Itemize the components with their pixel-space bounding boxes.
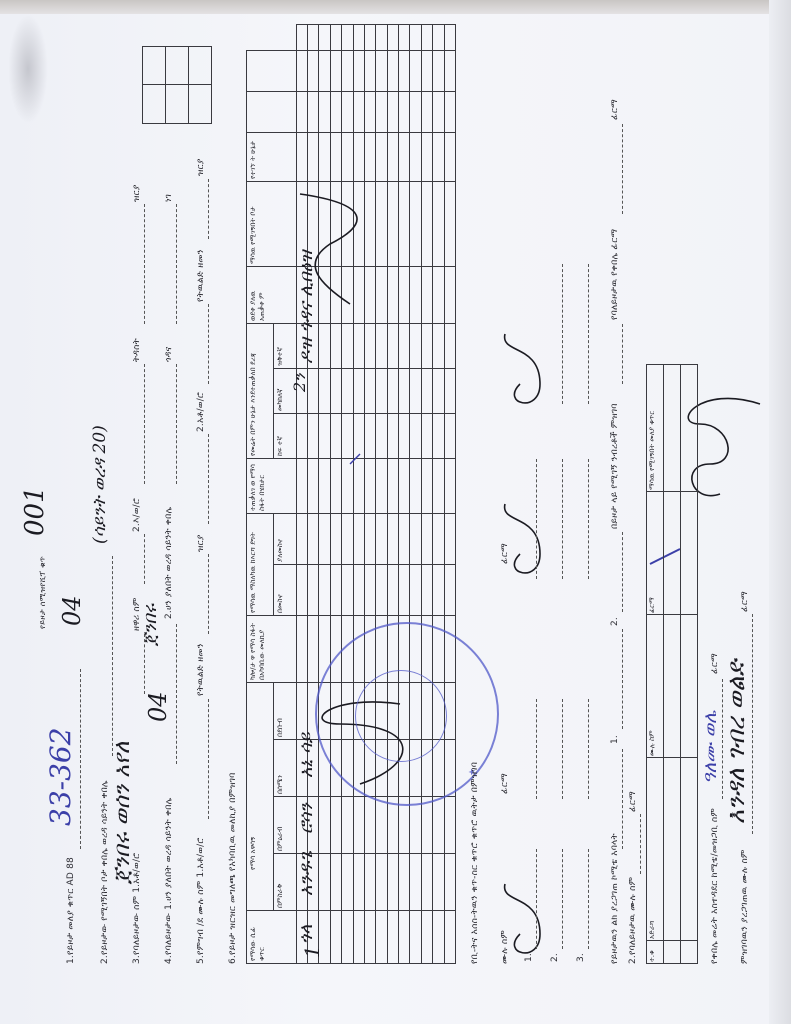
witness-row-2: 2.: [550, 953, 560, 962]
registrar-date-label: ፊርማ: [710, 653, 720, 674]
committee-line-c: [622, 532, 623, 612]
holder-sign-label: ፊርማ: [628, 791, 638, 812]
property-line: [622, 324, 623, 384]
witness-3-right-line: [588, 459, 589, 579]
approval-th-address: አድራሻ: [647, 758, 664, 941]
approval-th-sign: ፊርማ: [647, 492, 664, 615]
approval-th-plot-id: ማሳዉ የሚገኝበት መለያ ቁጥር: [647, 365, 664, 492]
holder-sign-line: [622, 124, 623, 214]
witness-section-title: የቢ-ትና አሰስ-ትዉን ቁጥ-ስር ቁጥሮ ቁጥሮ ዉትታ በምዝገባ: [470, 762, 480, 964]
witness-col-name: ሙሉ ስም: [500, 930, 510, 964]
witness-3-name-line: [588, 849, 589, 949]
holder-kebele-sign-label: የባለይዞታዉ የቀበሌ ፊርማ: [610, 229, 620, 320]
committee-field-2: 2.: [610, 617, 620, 626]
holder-fullname-label: 2.የባለይዞታዉ ሙሉ ስም: [628, 877, 638, 964]
committee-field-1: 1.: [610, 735, 620, 744]
committee-line-a: [622, 749, 623, 849]
witness-2-sign-line: [562, 699, 563, 799]
witness-2-name-line: [562, 849, 563, 949]
witness-row-1: 1.: [524, 953, 534, 962]
holder-fullname-line: [640, 814, 641, 874]
verifier-name-line: [752, 614, 753, 834]
witness-1-right-line: [536, 459, 537, 579]
witness-3-far-right-line: [588, 264, 589, 404]
verifier-name-label: ምዝገባዉን ያረጋገጠዉ ሙሉ ስም: [740, 849, 750, 964]
witness-1-sign-line: [536, 699, 537, 799]
property-registration-label: በይዞታ ላይ የሚገኝ ንብረቶች ምዝገባ: [610, 403, 620, 529]
verifier-date-label: ፊርማ: [740, 591, 750, 612]
registrar-name-value: ዓለሙ ወሌ: [700, 710, 721, 784]
approval-table: ተ.ቁ አድራሻ ሙሉ ስም ፊርማ ማሳዉ የሚገኝበት መለያ ቁጥር: [646, 364, 698, 964]
witness-row-3: 3.: [576, 953, 586, 962]
approval-th-no: ተ.ቁ: [647, 941, 664, 964]
holder-sign-date-label: ፊርማ: [610, 99, 620, 120]
approval-th-name: ሙሉ ስም: [647, 615, 664, 758]
witness-col-sign: ፊርማ: [500, 773, 510, 794]
witness-col-right-sign: ፊርማ: [500, 543, 510, 564]
rotated-form: የይዞታ ሰሚዝየሺፕ ቁጥ 001 1.የይዞታ መለያ ቁጥር AD 88 …: [0, 0, 791, 1024]
registrar-name-label: የቀበሌ መሬት አስተዳደር ከሚቴ/መዝጋቢ ስም: [710, 808, 720, 964]
witness-2-right-line: [562, 459, 563, 579]
committee-label: የይዞታዉን ልክ ያረጋገጠ ኮሚቴ አባላት: [610, 833, 620, 964]
official-stamp-inner: [355, 670, 447, 762]
witness-3-sign-line: [588, 699, 589, 799]
witness-2-far-right-line: [562, 264, 563, 404]
verifier-name-value: እንዳለ ገብረ ወልድ: [722, 660, 750, 824]
witness-1-name-line: [536, 849, 537, 949]
committee-line-b: [622, 629, 623, 729]
